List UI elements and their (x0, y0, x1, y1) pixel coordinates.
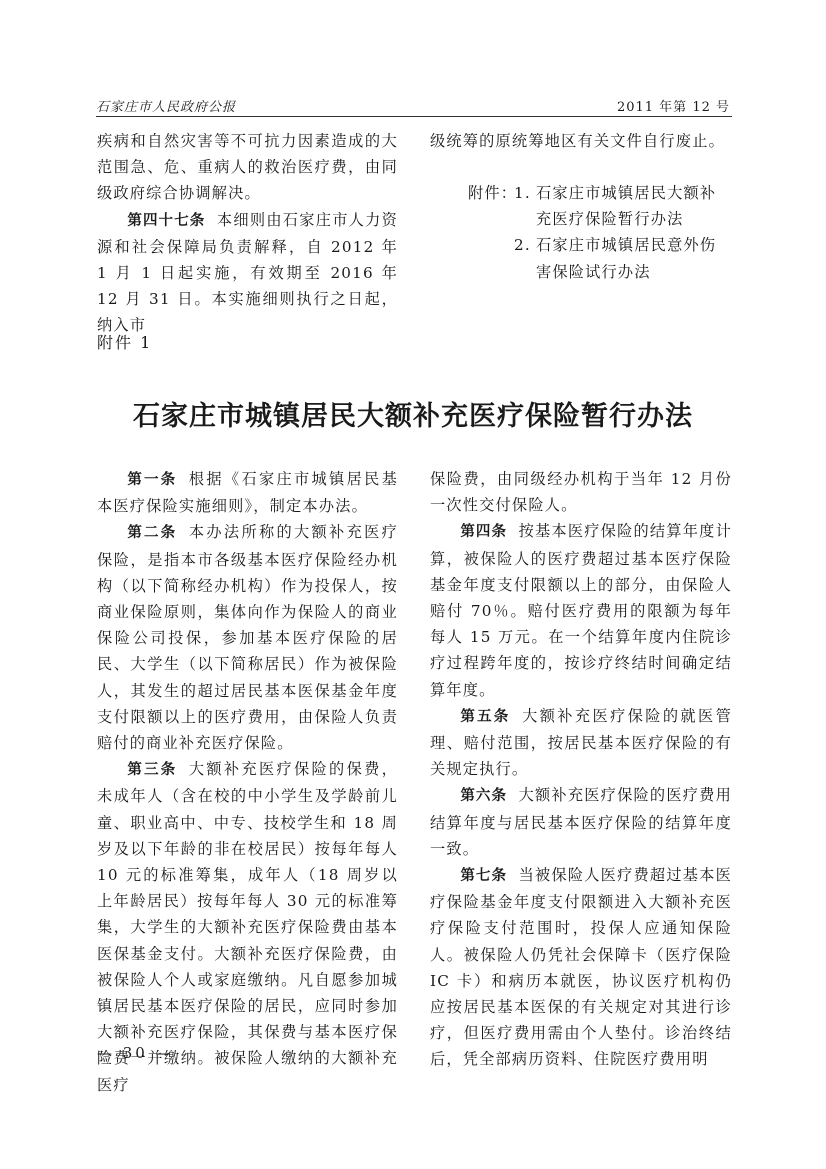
article-heading: 第三条 (127, 762, 177, 778)
continuation-right-column: 级统筹的原统筹地区有关文件自行废止。 (430, 128, 732, 154)
annex-label: 附件 1 (97, 330, 152, 353)
article-7: 第七条当被保险人医疗费超过基本医疗保险基金年度支付限额进入大额补充医疗保险支付范… (430, 862, 732, 1073)
article-5: 第五条大额补充医疗保险的就医管理、赔付范围，按居民基本医疗保险的有关规定执行。 (430, 703, 732, 783)
body-left-column: 第一条根据《石家庄市城镇居民基本医疗保险实施细则》，制定本办法。 第二条本办法所… (97, 466, 398, 1098)
article-heading: 第六条 (460, 788, 507, 804)
page-number: — 30 — (97, 1044, 174, 1062)
article-4: 第四条按基本医疗保险的结算年度计算，被保险人的医疗费超过基本医疗保险基金年度支付… (430, 518, 732, 702)
article-heading: 第五条 (460, 709, 510, 725)
continuation-paragraph: 级统筹的原统筹地区有关文件自行废止。 (430, 128, 732, 154)
article-2: 第二条本办法所称的大额补充医疗保险，是指本市各级基本医疗保险经办机构（以下简称经… (97, 519, 398, 756)
article-1: 第一条根据《石家庄市城镇居民基本医疗保险实施细则》，制定本办法。 (97, 466, 398, 519)
article-3-continued: 保险费，由同级经办机构于当年 12 月份一次性交付保险人。 (430, 466, 732, 518)
article-heading: 第七条 (460, 868, 507, 884)
article-heading: 第一条 (127, 472, 177, 488)
running-header: 石家庄市人民政府公报 2011 年第 12 号 (96, 96, 732, 117)
publication-name: 石家庄市人民政府公报 (96, 96, 236, 115)
article-heading: 第二条 (127, 525, 177, 541)
article-heading: 第四十七条 (127, 213, 205, 229)
body-right-column: 保险费，由同级经办机构于当年 12 月份一次性交付保险人。 第四条按基本医疗保险… (430, 466, 732, 1073)
article-47: 第四十七条本细则由石家庄市人力资源和社会保障局负责解释，自 2012 年 1 月… (97, 207, 398, 339)
continuation-left-column: 疾病和自然灾害等不可抗力因素造成的大范围急、危、重病人的救治医疗费，由同级政府综… (97, 128, 398, 339)
issue-number: 2011 年第 12 号 (617, 96, 730, 115)
article-heading: 第四条 (460, 524, 507, 540)
continuation-paragraph: 疾病和自然灾害等不可抗力因素造成的大范围急、危、重病人的救治医疗费，由同级政府综… (97, 128, 398, 207)
article-6: 第六条大额补充医疗保险的医疗费用结算年度与居民基本医疗保险的结算年度一致。 (430, 782, 732, 862)
attachments-label: 附件： (468, 180, 517, 206)
document-title: 石家庄市城镇居民大额补充医疗保险暂行办法 (0, 394, 826, 433)
